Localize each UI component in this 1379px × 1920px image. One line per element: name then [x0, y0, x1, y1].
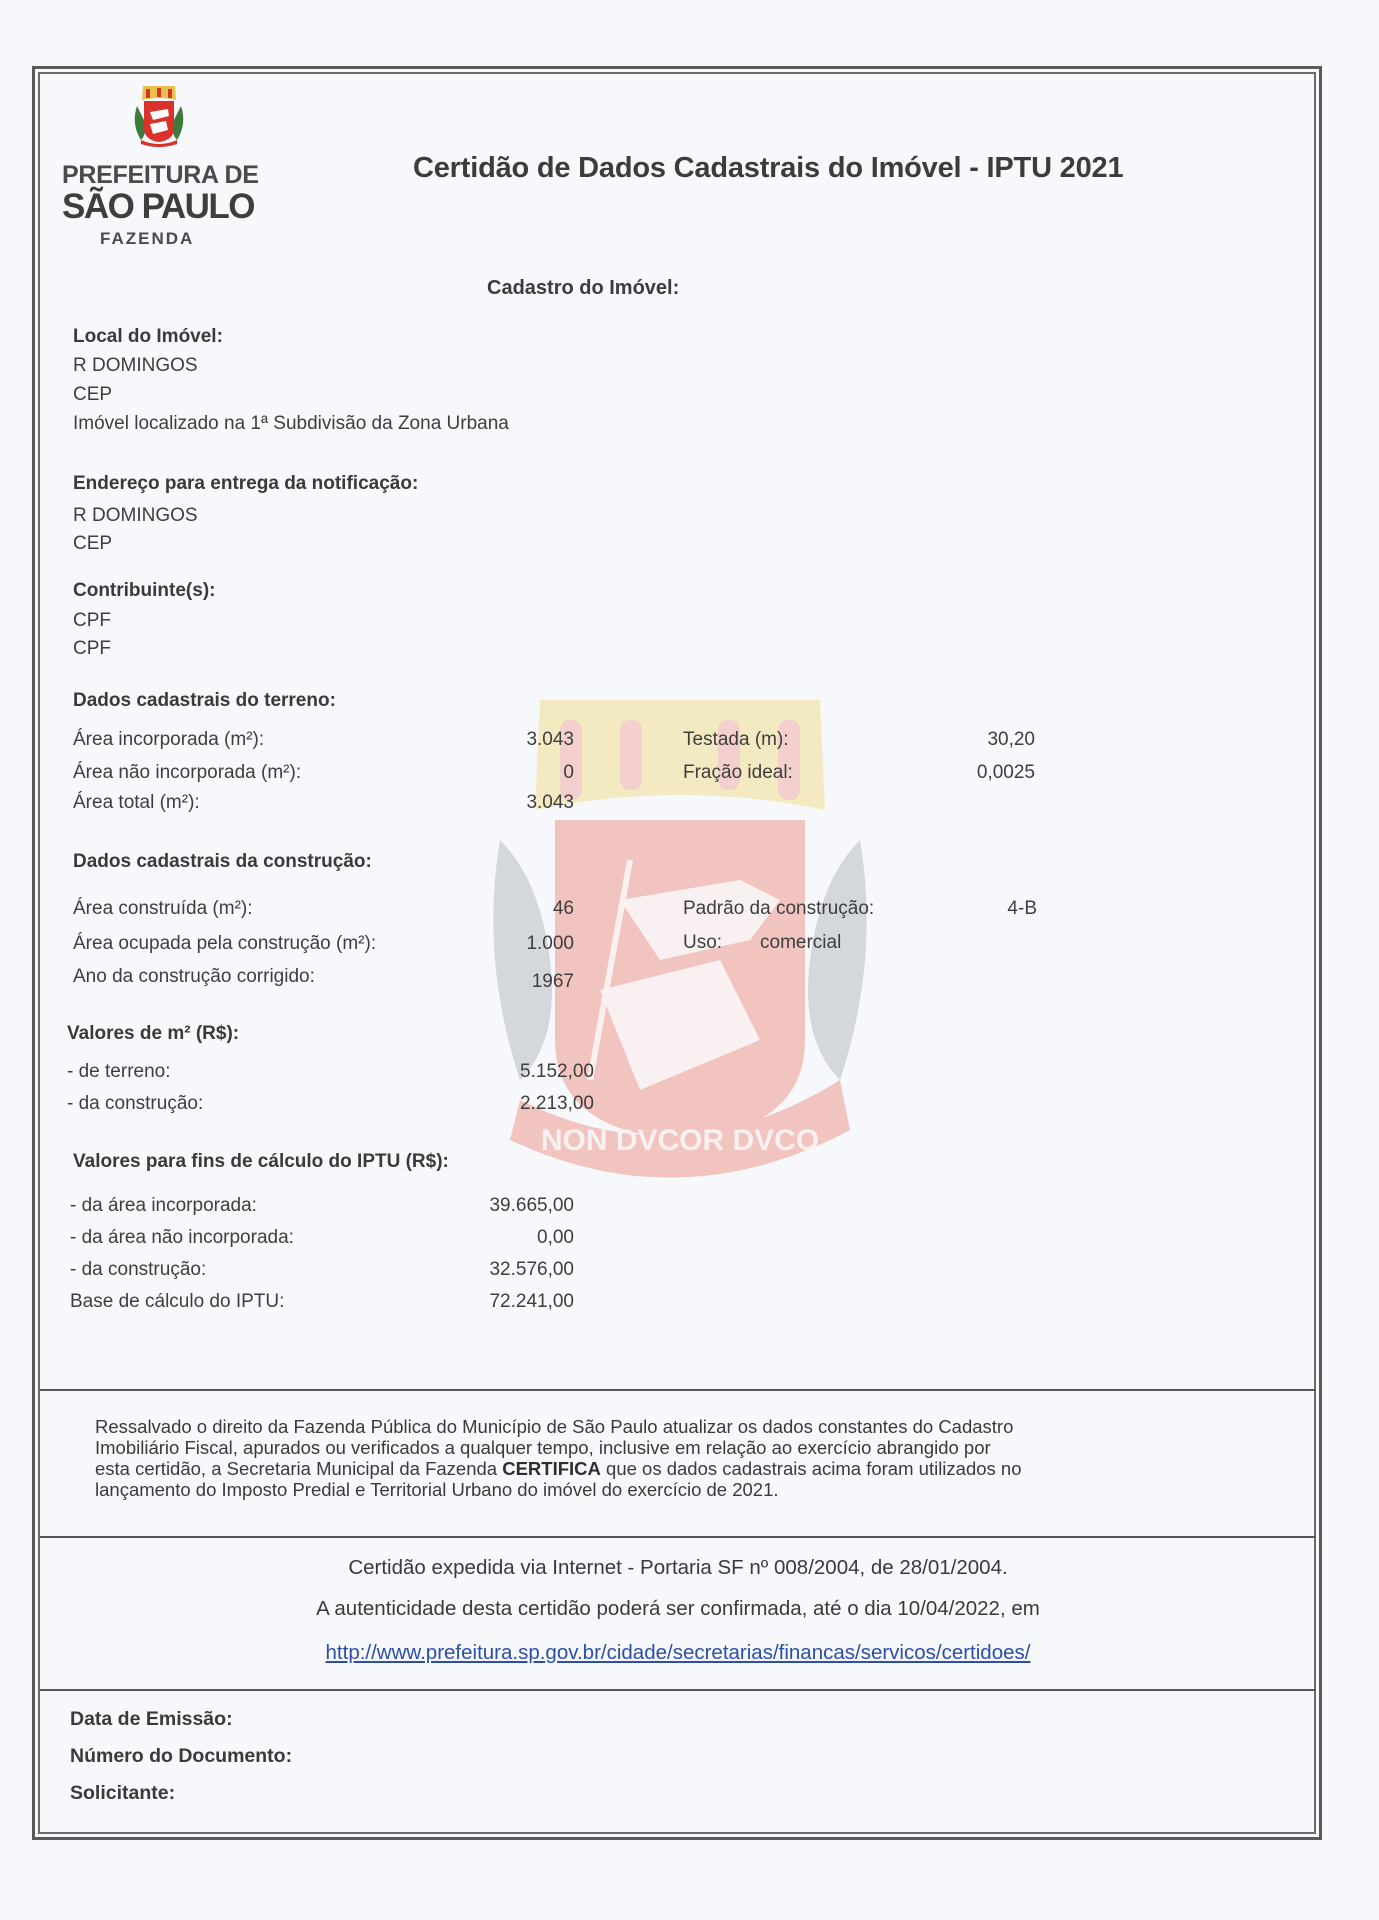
- contribuinte-line: CPF: [73, 638, 111, 660]
- verification-link[interactable]: http://www.prefeitura.sp.gov.br/cidade/s…: [326, 1641, 1031, 1664]
- logo-text-prefeitura: PREFEITURA DE: [62, 161, 259, 190]
- local-imovel-heading: Local do Imóvel:: [73, 326, 223, 348]
- certifica-emphasis: CERTIFICA: [502, 1458, 601, 1479]
- base-calculo-label: Base de cálculo do IPTU:: [70, 1291, 284, 1313]
- certification-paragraph: Ressalvado o direito da Fazenda Pública …: [95, 1416, 1275, 1500]
- solicitante-label: Solicitante:: [70, 1782, 175, 1805]
- construcao-heading: Dados cadastrais da construção:: [73, 851, 372, 873]
- uso-value: comercial: [760, 932, 841, 954]
- construcao-value: 1967: [440, 971, 574, 993]
- testada-value: 30,20: [900, 729, 1035, 751]
- terreno-label: Área total (m²):: [73, 792, 200, 814]
- contribuintes-heading: Contribuinte(s):: [73, 580, 215, 602]
- local-imovel-line: R DOMINGOS: [73, 355, 198, 377]
- endereco-line: CEP: [73, 533, 112, 555]
- terreno-value: 3.043: [440, 792, 574, 814]
- valores-iptu-label: - da área não incorporada:: [70, 1227, 294, 1249]
- section-divider: [40, 1536, 1316, 1538]
- fracao-ideal-label: Fração ideal:: [683, 762, 793, 784]
- section-subtitle: Cadastro do Imóvel:: [487, 277, 679, 300]
- logo-text-fazenda: FAZENDA: [100, 229, 194, 249]
- padrao-construcao-label: Padrão da construção:: [683, 898, 874, 920]
- testada-label: Testada (m):: [683, 729, 789, 751]
- valores-m2-value: 2.213,00: [440, 1093, 594, 1115]
- valores-m2-label: - da construção:: [67, 1093, 203, 1115]
- data-emissao-label: Data de Emissão:: [70, 1708, 233, 1731]
- certification-line: Ressalvado o direito da Fazenda Pública …: [95, 1416, 1275, 1437]
- certification-line: lançamento do Imposto Predial e Territor…: [95, 1479, 1275, 1500]
- valores-iptu-value: 32.576,00: [420, 1259, 574, 1281]
- numero-documento-label: Número do Documento:: [70, 1745, 292, 1768]
- endereco-heading: Endereço para entrega da notificação:: [73, 473, 418, 495]
- document-title: Certidão de Dados Cadastrais do Imóvel -…: [413, 152, 1123, 185]
- base-calculo-value: 72.241,00: [420, 1291, 574, 1313]
- sao-paulo-coat-of-arms-icon: [133, 84, 185, 148]
- valores-m2-label: - de terreno:: [67, 1061, 171, 1083]
- section-divider: [40, 1689, 1316, 1691]
- authenticity-notice: A autenticidade desta certidão poderá se…: [40, 1597, 1316, 1621]
- construcao-value: 1.000: [440, 933, 574, 955]
- valores-iptu-value: 39.665,00: [420, 1195, 574, 1217]
- construcao-label: Ano da construção corrigido:: [73, 966, 315, 988]
- valores-m2-heading: Valores de m² (R$):: [67, 1023, 239, 1045]
- svg-text:NON DVCOR DVCO: NON DVCOR DVCO: [541, 1124, 819, 1157]
- endereco-line: R DOMINGOS: [73, 505, 198, 527]
- terreno-heading: Dados cadastrais do terreno:: [73, 690, 336, 712]
- certification-line: Imobiliário Fiscal, apurados ou verifica…: [95, 1437, 1275, 1458]
- fracao-ideal-value: 0,0025: [900, 762, 1035, 784]
- certification-line: esta certidão, a Secretaria Municipal da…: [95, 1458, 1275, 1479]
- terreno-value: 0: [440, 762, 574, 784]
- valores-iptu-value: 0,00: [420, 1227, 574, 1249]
- terreno-label: Área não incorporada (m²):: [73, 762, 301, 784]
- valores-iptu-label: - da construção:: [70, 1259, 206, 1281]
- verification-link-wrapper: http://www.prefeitura.sp.gov.br/cidade/s…: [40, 1641, 1316, 1665]
- construcao-label: Área construída (m²):: [73, 898, 253, 920]
- issuance-portaria: Certidão expedida via Internet - Portari…: [40, 1556, 1316, 1580]
- padrao-construcao-value: 4-B: [940, 898, 1037, 920]
- construcao-value: 46: [440, 898, 574, 920]
- contribuinte-line: CPF: [73, 610, 111, 632]
- section-divider: [40, 1389, 1316, 1391]
- logo-text-sao-paulo: SÃO PAULO: [62, 187, 254, 227]
- local-imovel-line: Imóvel localizado na 1ª Subdivisão da Zo…: [73, 413, 509, 435]
- uso-label: Uso:: [683, 932, 722, 954]
- local-imovel-line: CEP: [73, 384, 112, 406]
- terreno-label: Área incorporada (m²):: [73, 729, 264, 751]
- terreno-value: 3.043: [440, 729, 574, 751]
- valores-m2-value: 5.152,00: [440, 1061, 594, 1083]
- valores-iptu-heading: Valores para fins de cálculo do IPTU (R$…: [73, 1151, 449, 1173]
- valores-iptu-label: - da área incorporada:: [70, 1195, 257, 1217]
- construcao-label: Área ocupada pela construção (m²):: [73, 933, 376, 955]
